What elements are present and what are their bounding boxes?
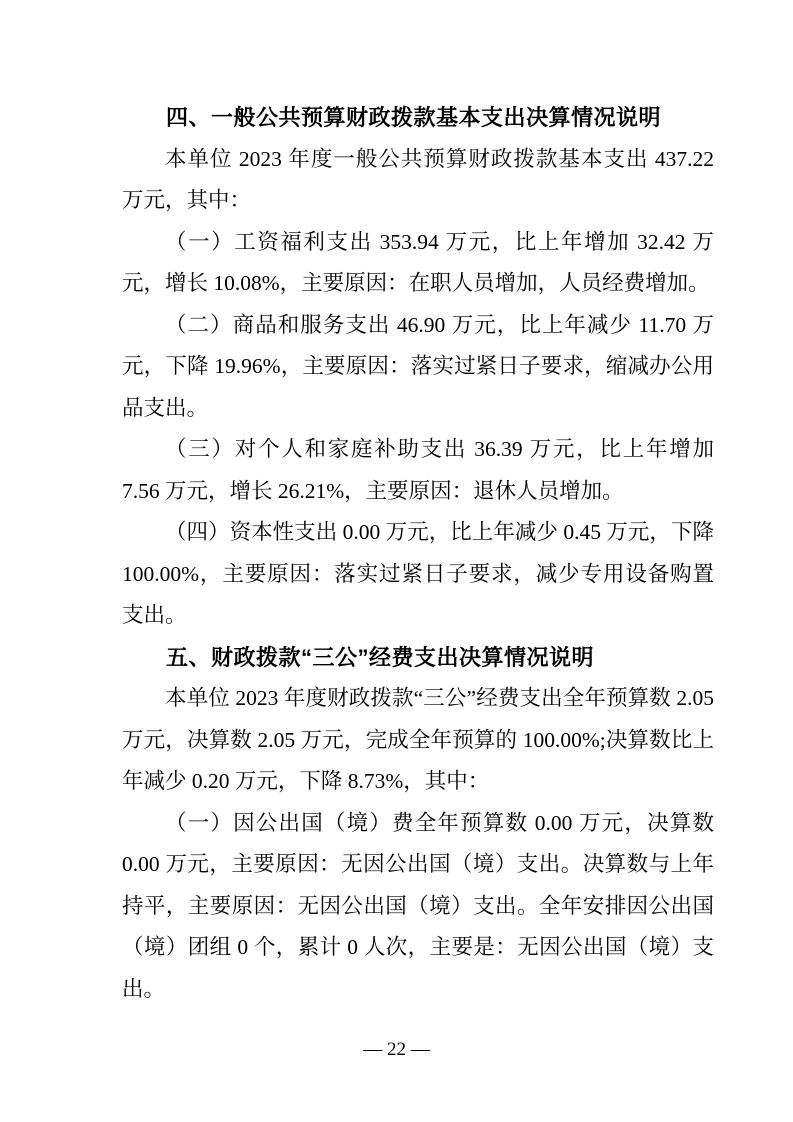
document-content: 四、一般公共预算财政拨款基本支出决算情况说明 本单位 2023 年度一般公共预算… [122,97,714,1010]
paragraph-goods-services: （二）商品和服务支出 46.90 万元，比上年减少 11.70 万元，下降 19… [122,305,714,430]
section-five-heading: 五、财政拨款“三公”经费支出决算情况说明 [122,637,714,679]
page-number: — 22 — [0,1037,793,1063]
paragraph-three-public-funds-total: 本单位 2023 年度财政拨款“三公”经费支出全年预算数 2.05 万元，决算数… [122,678,714,803]
paragraph-capital-expenditure: （四）资本性支出 0.00 万元，比上年减少 0.45 万元，下降 100.00… [122,512,714,637]
paragraph-salary-welfare: （一）工资福利支出 353.94 万元，比上年增加 32.42 万元，增长 10… [122,222,714,305]
paragraph-overseas-travel: （一）因公出国（境）费全年预算数 0.00 万元，决算数 0.00 万元，主要原… [122,803,714,1011]
paragraph-basic-expenditure-total: 本单位 2023 年度一般公共预算财政拨款基本支出 437.22 万元，其中： [122,139,714,222]
section-four-heading: 四、一般公共预算财政拨款基本支出决算情况说明 [122,97,714,139]
paragraph-individual-family-subsidy: （三）对个人和家庭补助支出 36.39 万元，比上年增加 7.56 万元，增长 … [122,429,714,512]
document-page: 四、一般公共预算财政拨款基本支出决算情况说明 本单位 2023 年度一般公共预算… [0,0,793,1122]
